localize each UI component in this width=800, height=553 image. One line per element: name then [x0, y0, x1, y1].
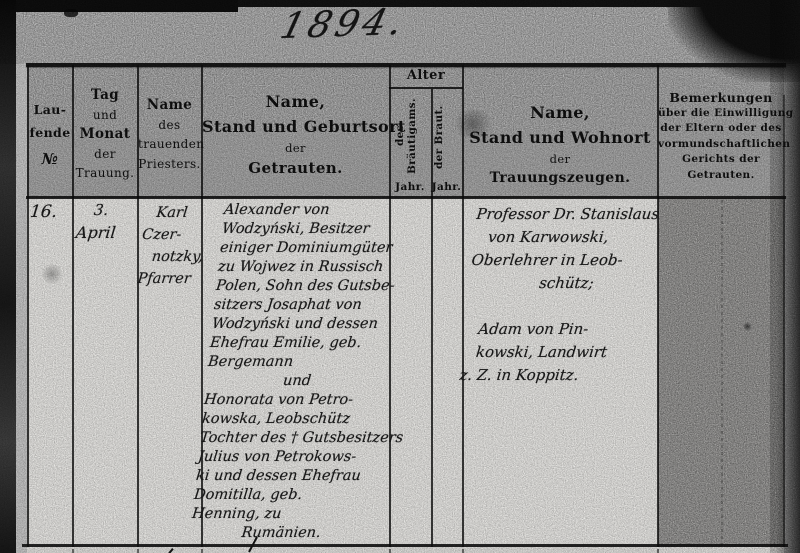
- header-line: der: [73, 145, 137, 165]
- header-line: Trauung.: [73, 164, 137, 184]
- header-line: der: [462, 152, 658, 166]
- witness-line: schütz;: [468, 272, 662, 295]
- column-divider-stub: [72, 549, 74, 553]
- couple-line: Tochter des † Gutsbesitzers: [199, 429, 383, 448]
- header-line: Gerichts der: [658, 152, 784, 168]
- couple-line: Wodzyński und dessen: [211, 315, 395, 334]
- header-line: der Eltern oder des: [658, 121, 784, 137]
- couple-line: Domitilla, geb.: [193, 486, 377, 505]
- header-line: Trauungszeugen.: [462, 170, 658, 186]
- witness-line: z. Z. in Koppitz.: [458, 364, 652, 387]
- header-line: Tag: [73, 86, 137, 106]
- header-bottom-rule: [26, 196, 786, 199]
- header-line: fende: [28, 125, 72, 140]
- header-line: Name,: [462, 103, 658, 122]
- header-line: Lau-: [28, 102, 72, 117]
- header-line: Monat: [73, 125, 137, 145]
- witness-line: [466, 295, 660, 318]
- witness-line: Oberlehrer in Leob-: [470, 249, 664, 272]
- couple-line: Bergemann: [207, 353, 391, 372]
- column-divider-stub: [389, 549, 391, 553]
- couple-line: einiger Dominiumgüter: [219, 239, 403, 258]
- record-date-day: 3.: [93, 201, 109, 219]
- table-top-border: [26, 63, 786, 67]
- record-couple: Alexander von Wodzyński, Besitzer einige…: [189, 201, 407, 543]
- couple-line: Rumänien.: [189, 524, 373, 543]
- header-jahr-groom: Jahr.: [389, 181, 431, 193]
- scan-edge-right: [776, 0, 800, 553]
- couple-line: Julius von Petrokows-: [197, 448, 381, 467]
- numero-sign: №: [28, 150, 72, 168]
- couple-line: Ehefrau Emilie, geb.: [209, 334, 393, 353]
- header-jahr-bride: Jahr.: [431, 181, 462, 193]
- couple-line: und: [205, 372, 389, 391]
- header-line: Getrauten.: [658, 168, 784, 184]
- priest-line: Karl: [143, 202, 205, 224]
- witness-line: kowski, Landwirt: [461, 341, 655, 364]
- couple-line: sitzers Josaphat von: [213, 296, 397, 315]
- year-annotation: 1894.: [276, 2, 411, 47]
- couple-line: Henning, zu: [191, 505, 375, 524]
- witness-line: Professor Dr. Stanislaus: [475, 203, 669, 226]
- priest-line: Czer-: [141, 224, 203, 246]
- header-line: Stand und Geburtsort: [202, 117, 389, 136]
- header-line: trauenden: [138, 135, 201, 155]
- header-alter-bride: der Braut.: [433, 95, 460, 179]
- priest-line: Pfarrer: [136, 268, 198, 290]
- ink-smudge: [743, 322, 752, 331]
- header-alter-groom: des Bräutigams.: [394, 93, 428, 179]
- header-bemerkungen: Bemerkungen über die Einwilligung der El…: [658, 90, 784, 183]
- column-divider-stub: [657, 549, 659, 553]
- next-row-sliver: [27, 547, 784, 553]
- scan-edge-top-left: [0, 0, 238, 12]
- header-getraute: Name, Stand und Geburtsort der Getrauten…: [202, 92, 389, 177]
- scan-edge-left: [0, 0, 16, 553]
- couple-line: Honorata von Petro-: [203, 391, 387, 410]
- couple-line: Polen, Sohn des Gutsbe-: [215, 277, 399, 296]
- header-line: und: [73, 106, 137, 126]
- header-tag-monat: Tag und Monat der Trauung.: [73, 86, 137, 184]
- column-divider-stub: [462, 549, 464, 553]
- header-priester: Name des trauenden Priesters.: [138, 96, 201, 174]
- record-priest: Karl Czer- notzky, Pfarrer: [136, 202, 205, 290]
- couple-line: Alexander von: [223, 201, 407, 220]
- header-laufende-nr: Lau- fende №: [28, 102, 72, 168]
- couple-line: kowska, Leobschütz: [201, 410, 385, 429]
- couple-line: ki und dessen Ehefrau: [195, 467, 379, 486]
- header-alter-title: Alter: [389, 68, 463, 83]
- witness-line: von Karwowski,: [473, 226, 667, 249]
- couple-line: zu Wojwez in Russisch: [217, 258, 401, 277]
- ink-smudge: [40, 264, 64, 284]
- column-divider-stub: [201, 549, 203, 553]
- header-line: Stand und Wohnort: [462, 128, 658, 147]
- header-line: vormundschaftlichen: [658, 137, 784, 153]
- header-trauungszeugen: Name, Stand und Wohnort der Trauungszeug…: [462, 103, 658, 186]
- header-line: Priesters.: [138, 155, 201, 175]
- record-date-month: April: [75, 223, 117, 242]
- couple-line: Wodzyński, Besitzer: [221, 220, 405, 239]
- priest-line: notzky,: [139, 246, 201, 268]
- marriage-register-scan-page: 1894. Lau- fende № Tag und Monat der Tra…: [0, 0, 800, 553]
- header-line: Name,: [202, 92, 389, 111]
- alter-subheader-rule: [389, 87, 463, 89]
- header-line: der: [202, 141, 389, 155]
- page-crease-line: [721, 200, 723, 546]
- record-number: 16.: [29, 202, 58, 222]
- header-line: des: [138, 116, 201, 136]
- column-divider-stub: [137, 549, 139, 553]
- record-witnesses: Professor Dr. Stanislaus von Karwowski, …: [458, 203, 669, 387]
- header-line: über die Einwilligung: [658, 106, 784, 122]
- ink-smudge: [64, 9, 78, 17]
- header-line: Getrauten.: [202, 159, 389, 177]
- header-line: Bemerkungen: [658, 90, 784, 106]
- header-line: Name: [138, 96, 201, 116]
- witness-line: Adam von Pin-: [463, 318, 657, 341]
